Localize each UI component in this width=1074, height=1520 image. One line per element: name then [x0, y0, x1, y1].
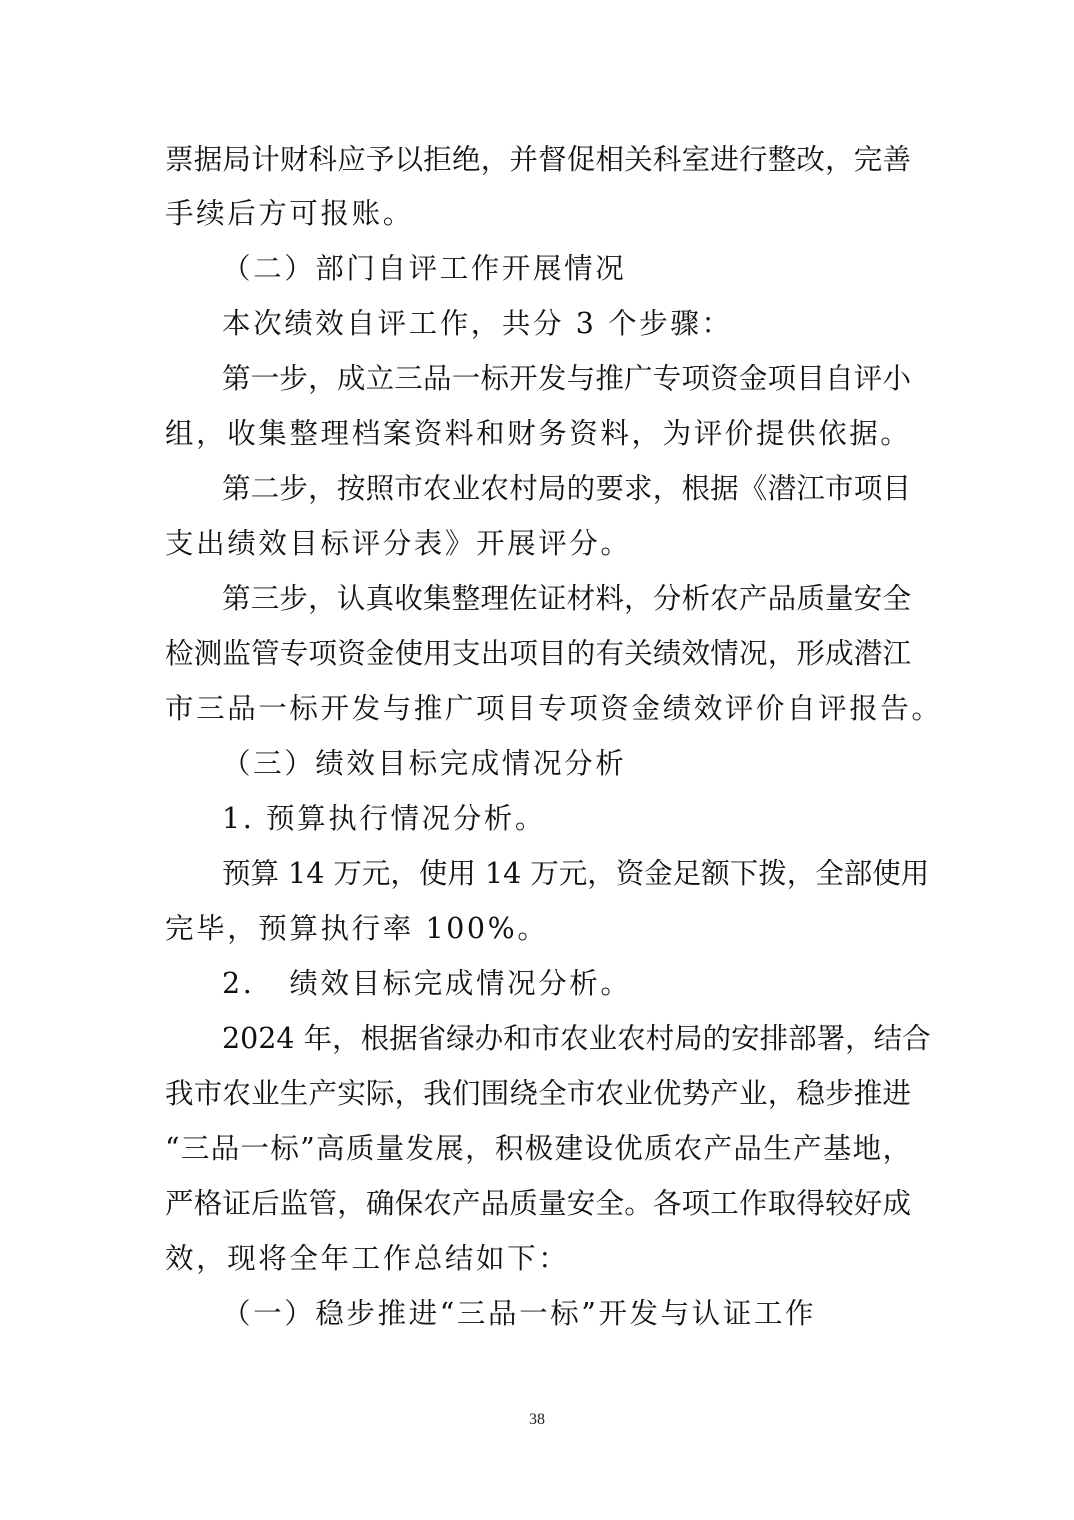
text-line: “三品一标”高质量发展，积极建设优质农产品生产基地，: [165, 1131, 911, 1167]
section-heading: （一）稳步推进“三品一标”开发与认证工作: [222, 1296, 968, 1332]
text-line: 票据局计财科应予以拒绝，并督促相关科室进行整改，完善: [165, 142, 911, 178]
text-line: 我市农业生产实际，我们围绕全市农业优势产业，稳步推进: [165, 1076, 911, 1112]
text-line: 组，收集整理档案资料和财务资料，为评价提供依据。: [165, 416, 911, 452]
text-line: 2024 年，根据省绿办和市农业农村局的安排部署，结合: [222, 1021, 911, 1057]
section-heading: （二）部门自评工作开展情况: [222, 251, 968, 287]
text-line: 市三品一标开发与推广项目专项资金绩效评价自评报告。: [165, 691, 911, 727]
text-line: 严格证后监管，确保农产品质量安全。各项工作取得较好成: [165, 1186, 911, 1222]
text-line: 预算 14 万元，使用 14 万元，资金足额下拨，全部使用: [222, 856, 911, 892]
text-line: 效，现将全年工作总结如下：: [165, 1241, 911, 1277]
text-line: 手续后方可报账。: [165, 196, 911, 232]
text-line: 完毕，预算执行率 100%。: [165, 911, 911, 947]
page-number: 38: [0, 1411, 1074, 1429]
text-line: 1. 预算执行情况分析。: [222, 801, 911, 837]
text-line: 第二步，按照市农业农村局的要求，根据《潜江市项目: [222, 471, 911, 507]
section-heading: （三）绩效目标完成情况分析: [222, 746, 968, 782]
text-line: 检测监管专项资金使用支出项目的有关绩效情况，形成潜江: [165, 636, 911, 672]
text-line: 2. 绩效目标完成情况分析。: [222, 966, 911, 1002]
text-line: 本次绩效自评工作，共分 3 个步骤：: [222, 306, 911, 342]
text-line: 第一步，成立三品一标开发与推广专项资金项目自评小: [222, 361, 911, 397]
text-line: 支出绩效目标评分表》开展评分。: [165, 526, 911, 562]
document-page: 票据局计财科应予以拒绝，并督促相关科室进行整改，完善 手续后方可报账。 （二）部…: [0, 0, 1074, 1520]
text-line: 第三步，认真收集整理佐证材料，分析农产品质量安全: [222, 581, 911, 617]
